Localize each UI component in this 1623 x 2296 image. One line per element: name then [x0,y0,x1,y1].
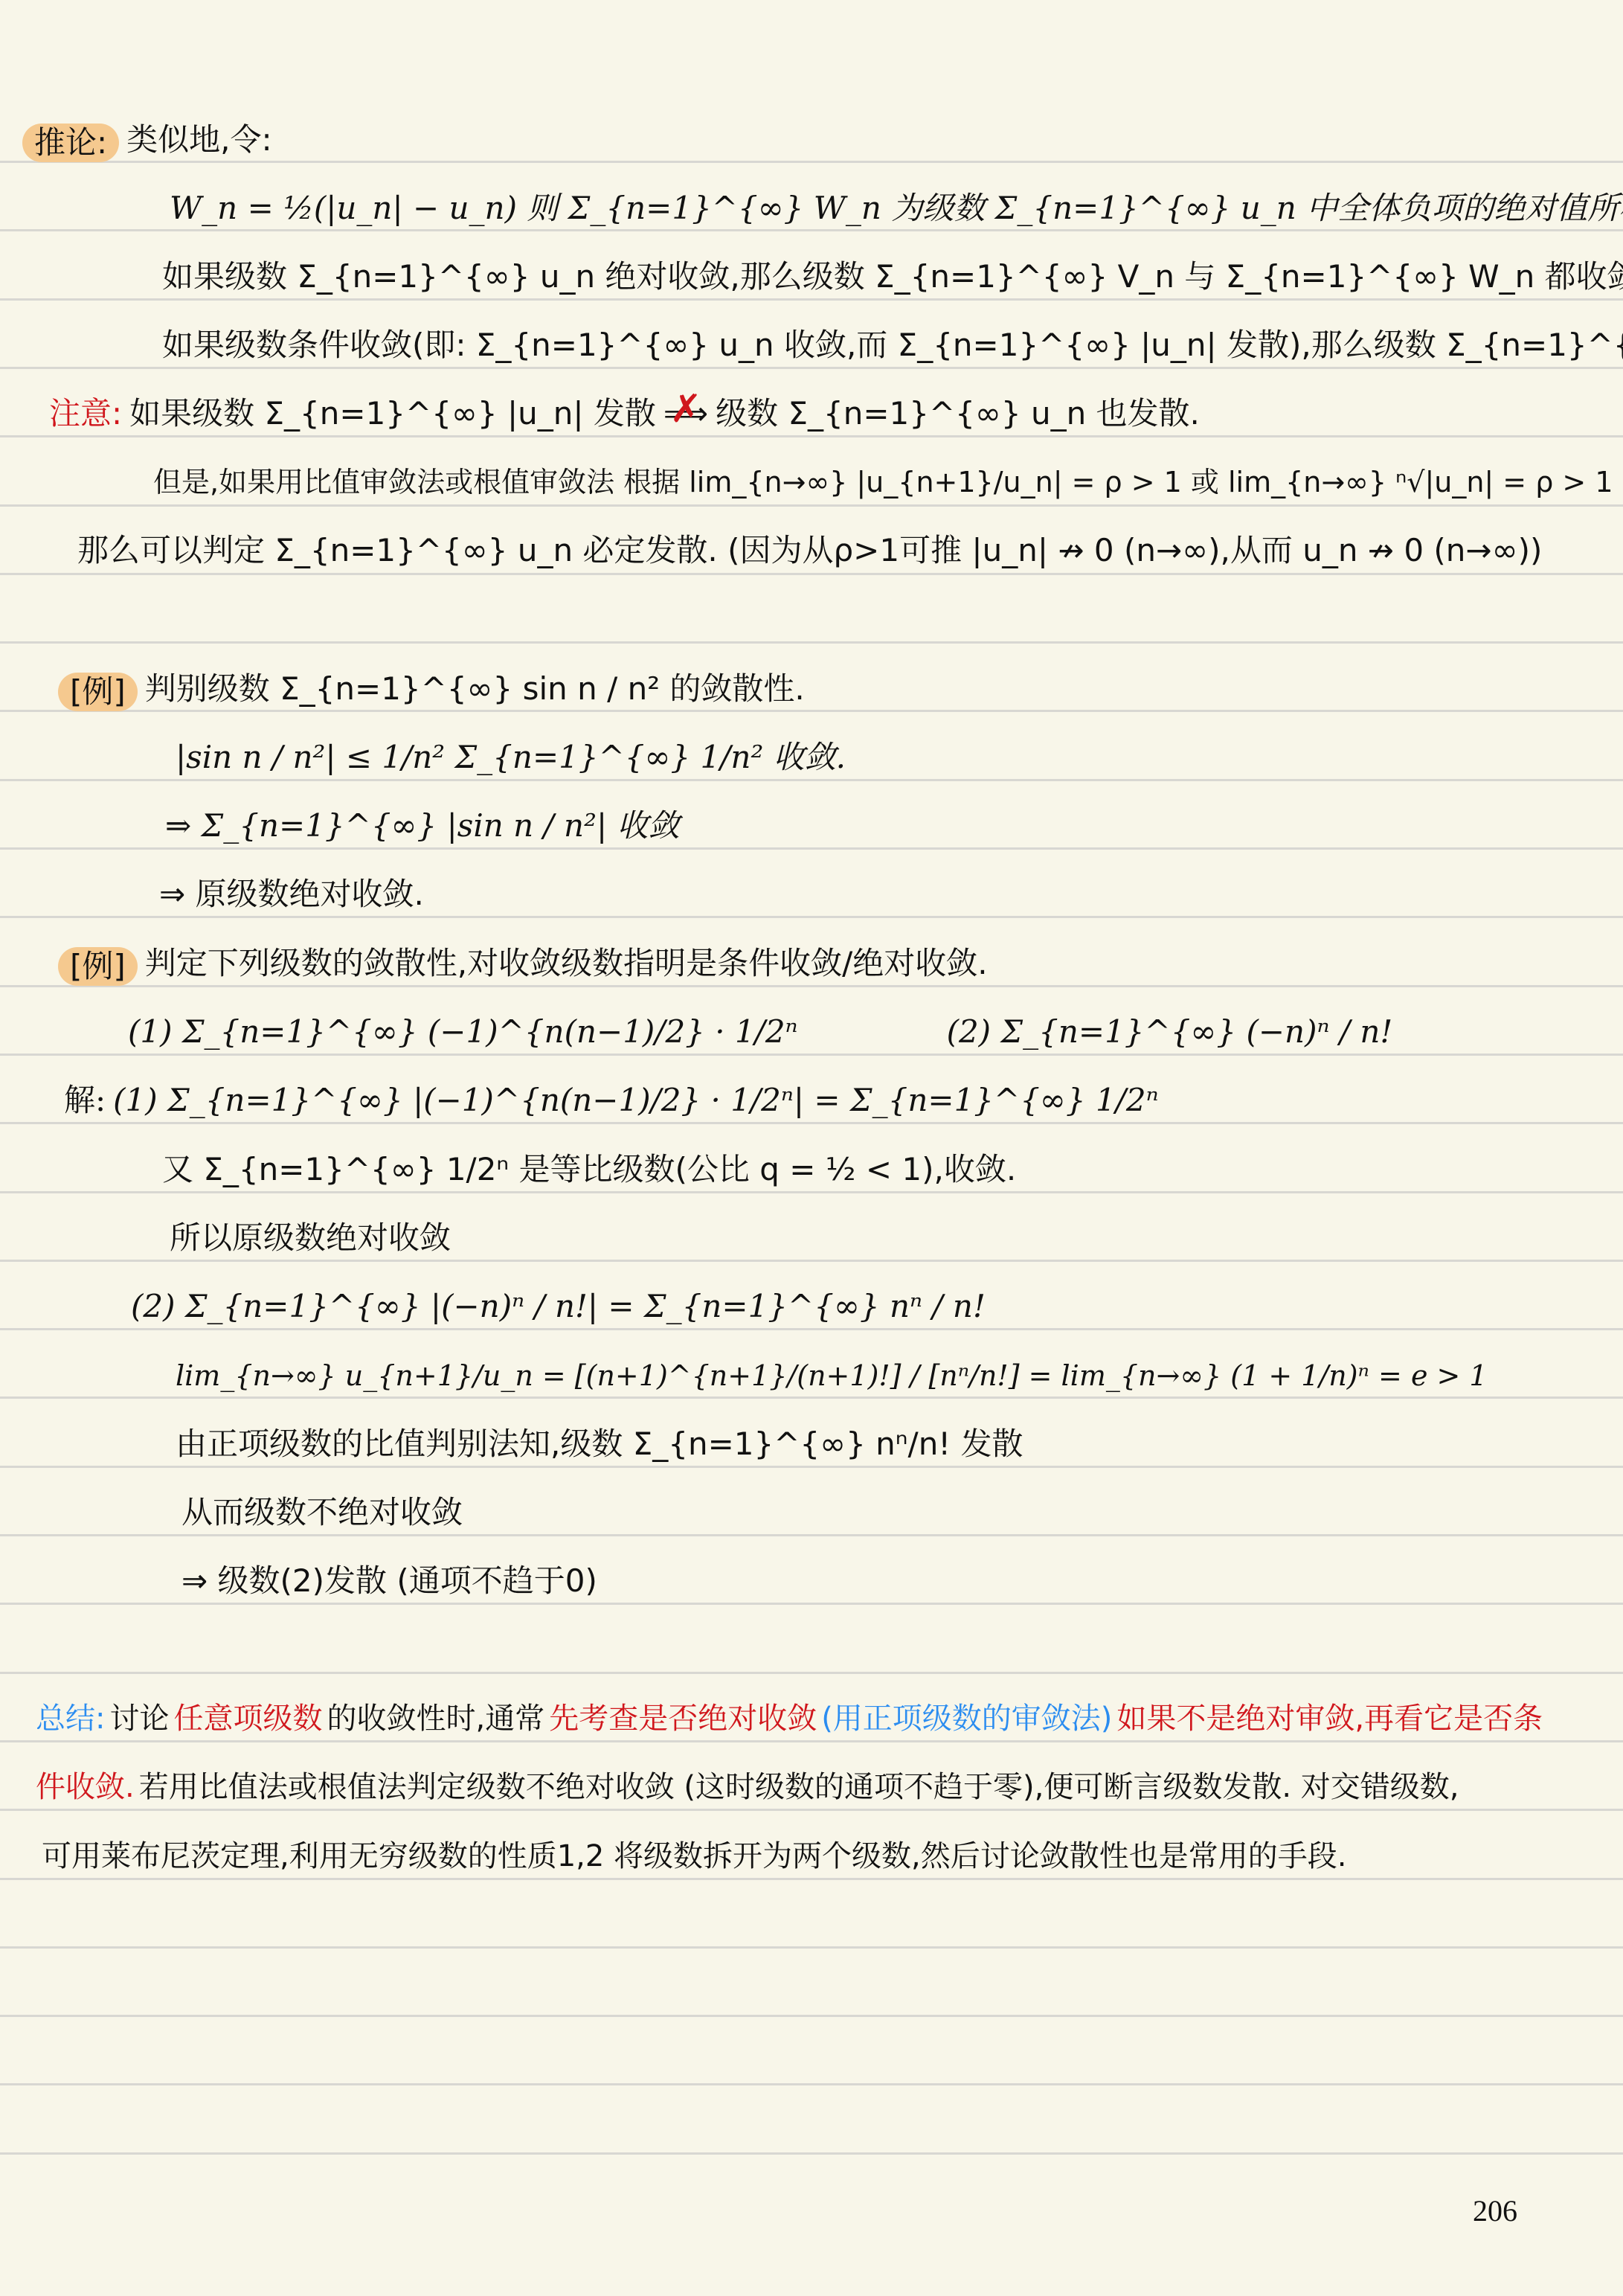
ruled-line [0,2152,1623,2155]
problem-2: (2) Σ_{n=1}^{∞} (−n)ⁿ / n! [947,1010,1393,1054]
note-line2: 但是,如果用比值审敛法或根值审敛法 根据 lim_{n→∞} |u_{n+1}/… [153,452,1623,504]
ruled-line [0,573,1623,575]
page-number: 206 [1473,2193,1517,2228]
example1-question: 判别级数 Σ_{n=1}^{∞} sin n / n² 的敛散性. [145,667,805,711]
corollary-badge: 推论: [22,124,119,162]
solution2-line1: (2) Σ_{n=1}^{∞} |(−n)ⁿ / n!| = Σ_{n=1}^{… [131,1277,986,1329]
example1-step2: ⇒ Σ_{n=1}^{∞} |sin n / n²| 收敛 [165,796,679,848]
example1-step3: ⇒ 原级数绝对收敛. [159,865,424,917]
summary-line2: 件收敛. 若用比值法或根值法判定级数不绝对收敛 (这时级数的通项不趋于零),便可… [36,1757,1459,1809]
not-implies-arrow: ⟹ ✗ [663,391,708,436]
solution1-line1: (1) Σ_{n=1}^{∞} |(−1)^{n(n−1)/2} · 1/2ⁿ|… [113,1078,1158,1123]
note-label: 注意: [49,391,122,436]
ruled-line [0,1672,1623,1674]
summary-l2-b: 若用比值法或根值法判定级数不绝对收敛 (这时级数的通项不趋于零),便可断言级数发… [139,1765,1459,1809]
ruled-line [0,641,1623,644]
ruled-line [0,1946,1623,1949]
example2-question-row: [例] 判定下列级数的敛散性,对收敛级数指明是条件收敛/绝对收敛. [58,934,988,986]
corollary-heading-row: 推论: 类似地,令: [22,110,272,162]
corollary-intro: 类似地,令: [126,118,272,162]
conditional-convergence-statement: 如果级数条件收敛(即: Σ_{n=1}^{∞} u_n 收敛,而 Σ_{n=1}… [162,315,1623,368]
solution1-line1-row: 解: (1) Σ_{n=1}^{∞} |(−1)^{n(n−1)/2} · 1/… [64,1071,1159,1123]
solution1-line3: 所以原级数绝对收敛 [170,1208,451,1260]
note-line1-a: 如果级数 Σ_{n=1}^{∞} |u_n| 发散 [129,391,656,436]
example2-problems-row: (1) Σ_{n=1}^{∞} (−1)^{n(n−1)/2} · 1/2ⁿ (… [128,1002,1392,1054]
ruled-line [0,2083,1623,2085]
red-cross-icon: ✗ [669,387,702,432]
summary-l1-c: 的收敛性时,通常 [327,1696,544,1741]
absolute-convergence-statement: 如果级数 Σ_{n=1}^{∞} u_n 绝对收敛,那么级数 Σ_{n=1}^{… [162,247,1623,299]
note-line1-b: 级数 Σ_{n=1}^{∞} u_n 也发散. [716,391,1200,436]
ruled-line [0,2015,1623,2017]
solution2-line4: 从而级数不绝对收敛 [181,1483,463,1535]
solution2-line5: ⇒ 级数(2)发散 (通项不趋于0) [181,1551,597,1603]
solution2-line3: 由正项级数的比值判别法知,级数 Σ_{n=1}^{∞} nⁿ/n! 发散 [176,1414,1023,1466]
solution2-line2: lim_{n→∞} u_{n+1}/u_n = [(n+1)^{n+1}/(n+… [176,1346,1488,1398]
summary-l1-d: 先考查是否绝对收敛 [549,1696,817,1741]
w-definition: W_n = ½(|u_n| − u_n) 则 Σ_{n=1}^{∞} W_n 为… [170,179,1623,231]
example2-question: 判定下列级数的敛散性,对收敛级数指明是条件收敛/绝对收敛. [145,941,988,986]
example2-badge: [例] [58,947,138,986]
summary-l1-e: (用正项级数的审敛法) [821,1696,1112,1741]
summary-line3: 可用莱布尼茨定理,利用无穷级数的性质1,2 将级数拆开为两个级数,然后讨论敛散性… [42,1827,1346,1879]
note-line3: 那么可以判定 Σ_{n=1}^{∞} u_n 必定发散. (因为从ρ>1可推 |… [77,521,1542,573]
summary-l1-a: 讨论 [109,1696,169,1741]
solution1-line2: 又 Σ_{n=1}^{∞} 1/2ⁿ 是等比级数(公比 q = ½ < 1),收… [162,1140,1016,1192]
example1-badge: [例] [58,673,138,711]
solution-label: 解: [64,1078,106,1123]
summary-l2-a: 件收敛. [36,1765,135,1809]
summary-label: 总结: [36,1696,105,1741]
summary-line1: 总结: 讨论 任意项级数 的收敛性时,通常 先考查是否绝对收敛 (用正项级数的审… [36,1689,1543,1741]
example1-step1: |sin n / n²| ≤ 1/n² Σ_{n=1}^{∞} 1/n² 收敛. [176,728,846,780]
summary-l1-b: 任意项级数 [173,1696,322,1741]
problem-1: (1) Σ_{n=1}^{∞} (−1)^{n(n−1)/2} · 1/2ⁿ [128,1010,798,1054]
summary-l1-f: 如果不是绝对审敛,再看它是否条 [1116,1696,1543,1741]
example1-question-row: [例] 判别级数 Σ_{n=1}^{∞} sin n / n² 的敛散性. [58,659,805,711]
note-row: 注意: 如果级数 Σ_{n=1}^{∞} |u_n| 发散 ⟹ ✗ 级数 Σ_{… [49,384,1200,436]
